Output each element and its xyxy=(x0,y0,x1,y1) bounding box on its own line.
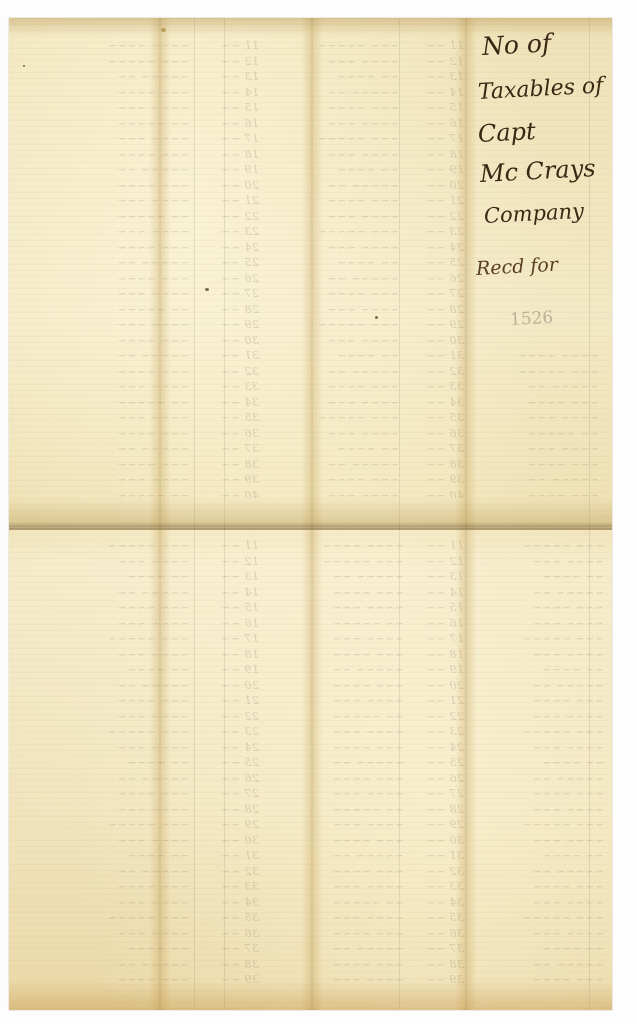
docket-line-recd-for: Recd for xyxy=(475,254,558,280)
ink-spot xyxy=(23,65,25,67)
ink-spot xyxy=(205,288,209,291)
docket-line-no-of: No of xyxy=(481,28,552,61)
bleed-through-text: ~~~~ ~~~~ ~~~ ~~~~~ ~~~~~ ~~ ~~~ ~~~~ ~~… xyxy=(264,538,404,988)
bleed-through-text: 11 ~~ 12 ~~ 13 ~~ 14 ~~ 15 ~~ 16 ~~ 17 ~… xyxy=(199,38,259,498)
bleed-through-text: ~~~ ~~~~~ ~~~~ ~~~ ~~ ~~~~ ~~~~~ ~~ ~~~ … xyxy=(474,538,604,988)
ink-spot xyxy=(161,28,166,32)
docket-line-capt: Capt xyxy=(477,117,536,148)
horizontal-fold-stain xyxy=(9,498,612,528)
bleed-through-text: 11 ~~ 12 ~~ 13 ~~ 14 ~~ 15 ~~ 16 ~~ 17 ~… xyxy=(199,538,259,988)
bleed-through-text: ~~~ ~~~~~ ~~~~ ~~~ ~~ ~~~~ ~~~~~ ~~ ~~~ … xyxy=(269,38,399,498)
docket-line-pencil-number: 1526 xyxy=(509,308,553,330)
horizontal-fold xyxy=(9,528,612,530)
ink-spot xyxy=(375,316,378,319)
bleed-through-text: ~~~~ ~~~~ ~~~ ~~~~~ ~~~~~ ~~ ~~~ ~~~~ ~~… xyxy=(69,38,189,498)
bleed-through-text: ~~~~ ~~~~ ~~~ ~~~~~ ~~~~~ ~~ ~~~ ~~~~ ~~… xyxy=(479,348,599,498)
